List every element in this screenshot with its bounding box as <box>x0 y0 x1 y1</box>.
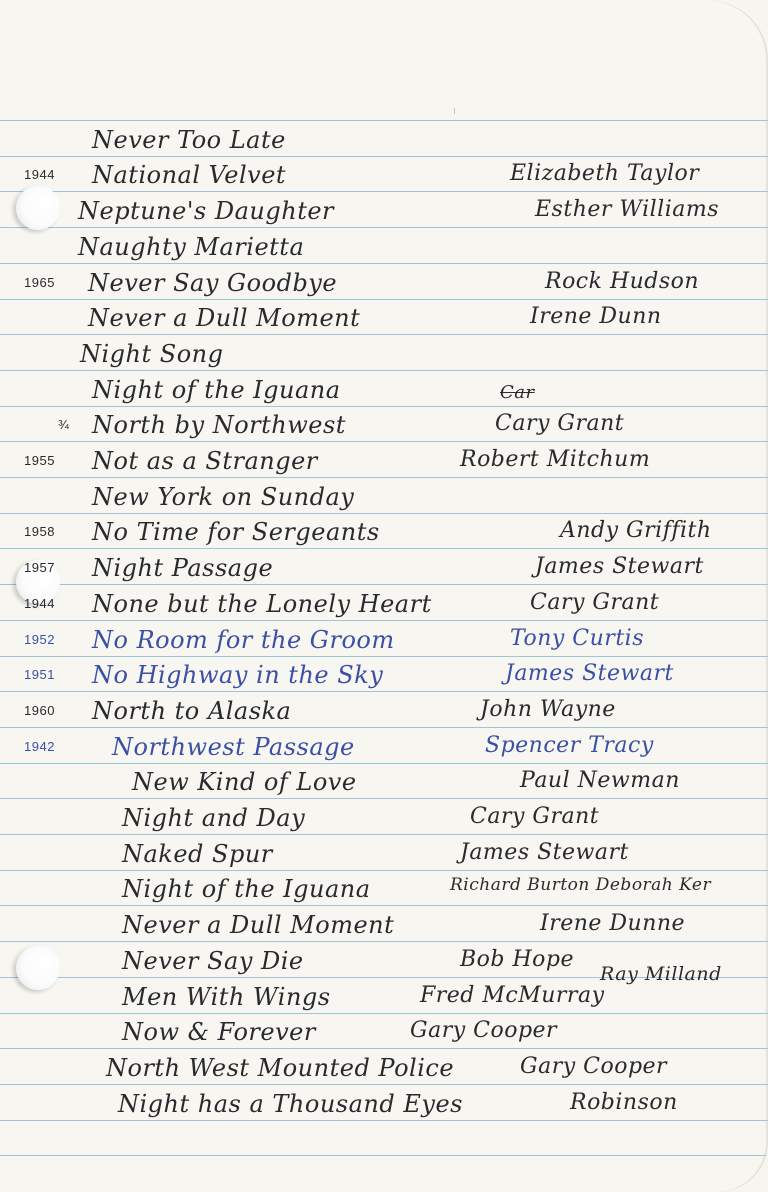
movie-title: Never Too Late <box>92 126 286 154</box>
movie-title: Naughty Marietta <box>78 233 304 261</box>
movie-title: Never Say Die <box>122 947 304 975</box>
list-item: 1952No Room for the GroomTony Curtis <box>0 626 768 660</box>
year-label: 1960 <box>24 703 55 718</box>
paper-speck <box>454 108 455 114</box>
movie-title: No Room for the Groom <box>92 626 395 654</box>
list-item: 1951No Highway in the SkyJames Stewart <box>0 661 768 695</box>
list-item: Naked SpurJames Stewart <box>0 840 768 874</box>
list-item: North West Mounted PoliceGary Cooper <box>0 1054 768 1088</box>
list-item: 1944National VelvetElizabeth Taylor <box>0 161 768 195</box>
list-item: 1944None but the Lonely HeartCary Grant <box>0 590 768 624</box>
movie-title: Northwest Passage <box>112 733 355 761</box>
movie-title: Night Song <box>80 340 223 368</box>
year-label: 1944 <box>24 167 55 182</box>
notebook-page: Never Too Late1944National VelvetElizabe… <box>0 0 768 1192</box>
movie-title: Now & Forever <box>122 1018 316 1046</box>
movie-title: North by Northwest <box>92 411 346 439</box>
star-name: James Stewart <box>535 554 704 579</box>
list-item: Never a Dull MomentIrene Dunne <box>0 911 768 945</box>
star-name: Spencer Tracy <box>485 733 654 758</box>
star-name: John Wayne <box>480 697 616 722</box>
list-item: 1955Not as a StrangerRobert Mitchum <box>0 447 768 481</box>
list-item: 1958No Time for SergeantsAndy Griffith <box>0 518 768 552</box>
list-item: Now & ForeverGary Cooper <box>0 1018 768 1052</box>
star-name: Irene Dunn <box>530 304 662 329</box>
movie-title: None but the Lonely Heart <box>92 590 432 618</box>
star-name: Cary Grant <box>495 411 624 436</box>
movie-title: National Velvet <box>92 161 286 189</box>
year-label: 1951 <box>24 667 55 682</box>
star-name: James Stewart <box>505 661 674 686</box>
movie-title: Never a Dull Moment <box>88 304 360 332</box>
movie-title: New Kind of Love <box>132 768 357 796</box>
star-name: Tony Curtis <box>510 626 644 651</box>
year-label: ¾ <box>58 417 69 432</box>
list-item: Neptune's DaughterEsther Williams <box>0 197 768 231</box>
movie-title: Night of the Iguana <box>122 875 371 903</box>
movie-title: Naked Spur <box>122 840 273 868</box>
movie-title: Night of the Iguana <box>92 376 341 404</box>
star-name: Richard Burton Deborah Ker <box>450 875 711 895</box>
star-name: James Stewart <box>460 840 629 865</box>
star-name: Fred McMurray <box>420 983 605 1008</box>
list-item: Never a Dull MomentIrene Dunn <box>0 304 768 338</box>
year-label: 1965 <box>24 275 55 290</box>
movie-title: Not as a Stranger <box>92 447 318 475</box>
star-name: Irene Dunne <box>540 911 685 936</box>
star-name: Gary Cooper <box>520 1054 667 1079</box>
star-name: Bob Hope <box>460 947 574 972</box>
star-name: Paul Newman <box>520 768 680 793</box>
star-name: Car <box>500 382 535 403</box>
star-name: Elizabeth Taylor <box>510 161 699 186</box>
list-item: Night Song <box>0 340 768 374</box>
year-label: 1957 <box>24 560 55 575</box>
movie-title: North to Alaska <box>92 697 291 725</box>
movie-title: Neptune's Daughter <box>78 197 334 225</box>
year-label: 1952 <box>24 632 55 647</box>
movie-title: Night and Day <box>122 804 305 832</box>
list-item: Naughty Marietta <box>0 233 768 267</box>
star-name: Cary Grant <box>530 590 659 615</box>
list-item: 1960North to AlaskaJohn Wayne <box>0 697 768 731</box>
year-label: 1944 <box>24 596 55 611</box>
list-item: 1957Night PassageJames Stewart <box>0 554 768 588</box>
star-name: Robert Mitchum <box>460 447 650 472</box>
star-name: Esther Williams <box>535 197 719 222</box>
movie-title: Men With Wings <box>122 983 331 1011</box>
star-name: Robinson <box>570 1090 678 1115</box>
star-name: Gary Cooper <box>410 1018 557 1043</box>
list-item: New York on Sunday <box>0 483 768 517</box>
movie-title: North West Mounted Police <box>106 1054 454 1082</box>
star-name: Cary Grant <box>470 804 599 829</box>
list-item: Night of the IguanaRichard Burton Debora… <box>0 875 768 909</box>
year-label: 1958 <box>24 524 55 539</box>
movie-title: Never a Dull Moment <box>122 911 394 939</box>
costar-name: Ray Milland <box>600 963 722 985</box>
year-label: 1942 <box>24 739 55 754</box>
list-item: New Kind of LovePaul Newman <box>0 768 768 802</box>
list-item: 1942Northwest PassageSpencer Tracy <box>0 733 768 767</box>
star-name: Andy Griffith <box>560 518 712 543</box>
list-item: Night of the IguanaCar <box>0 376 768 410</box>
year-label: 1955 <box>24 453 55 468</box>
movie-title: No Highway in the Sky <box>92 661 383 689</box>
list-item: Night and DayCary Grant <box>0 804 768 838</box>
movie-title: No Time for Sergeants <box>92 518 380 546</box>
movie-title: Never Say Goodbye <box>88 269 337 297</box>
ruled-line <box>0 1155 768 1156</box>
list-item: Never Too Late <box>0 126 768 160</box>
list-item: Night has a Thousand EyesRobinson <box>0 1090 768 1124</box>
list-item: ¾North by NorthwestCary Grant <box>0 411 768 445</box>
list-item: 1965Never Say GoodbyeRock Hudson <box>0 269 768 303</box>
star-name: Rock Hudson <box>545 269 699 294</box>
list-item: Men With WingsFred McMurrayRay Milland <box>0 983 768 1017</box>
ruled-line <box>0 120 768 121</box>
movie-title: Night Passage <box>92 554 273 582</box>
movie-title: New York on Sunday <box>92 483 354 511</box>
movie-title: Night has a Thousand Eyes <box>118 1090 463 1118</box>
